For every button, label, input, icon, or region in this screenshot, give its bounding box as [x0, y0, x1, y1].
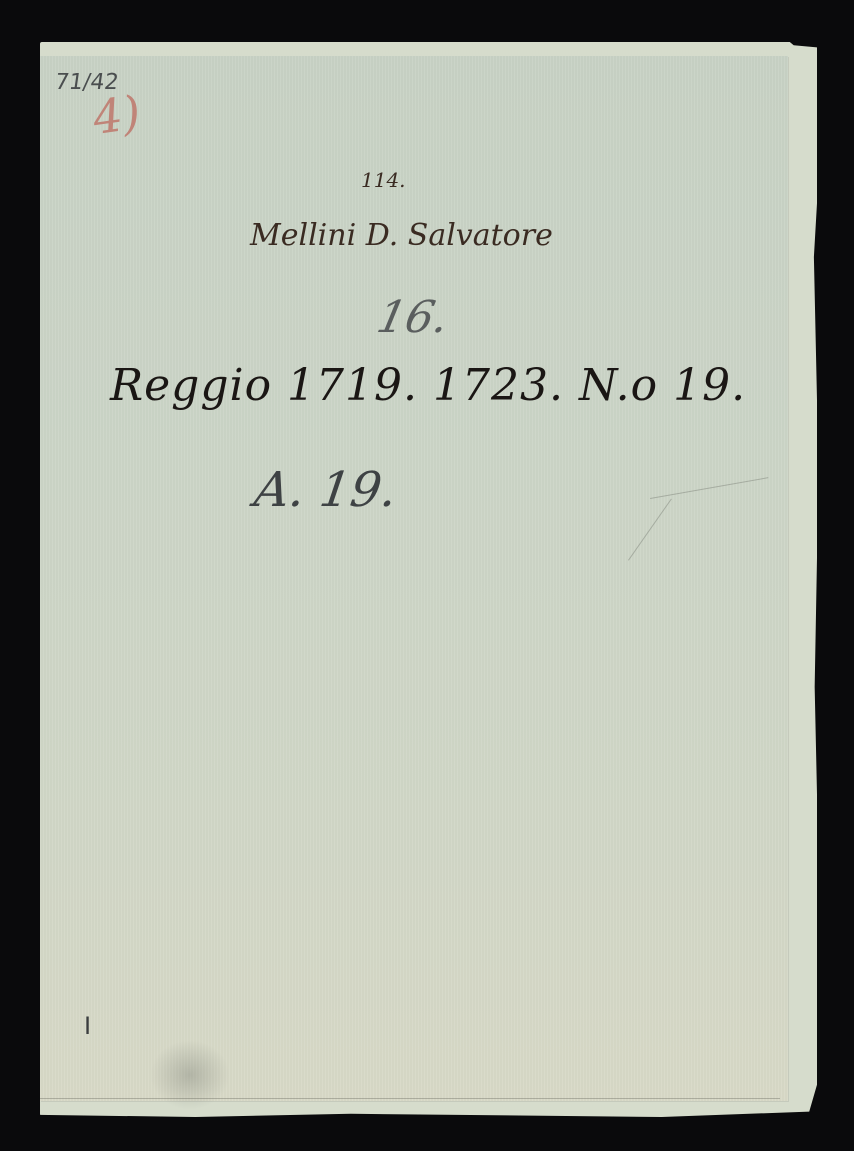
pencil-number: 16.: [373, 292, 454, 343]
bottom-fold-line: [40, 1098, 780, 1099]
folio-number: 114.: [361, 168, 406, 192]
volume-mark: I: [84, 1012, 91, 1040]
red-pencil-mark: 4): [89, 85, 143, 145]
folder-identifier: A. 19.: [251, 462, 400, 518]
place-and-dates: Reggio 1719. 1723. N.o 19.: [110, 360, 746, 411]
scanned-document: 71/42 4) 114. Mellini D. Salvatore 16. R…: [0, 0, 854, 1151]
person-name: Mellini D. Salvatore: [250, 218, 553, 253]
front-sheet: [40, 56, 788, 1101]
stain-mark: [150, 1040, 230, 1110]
